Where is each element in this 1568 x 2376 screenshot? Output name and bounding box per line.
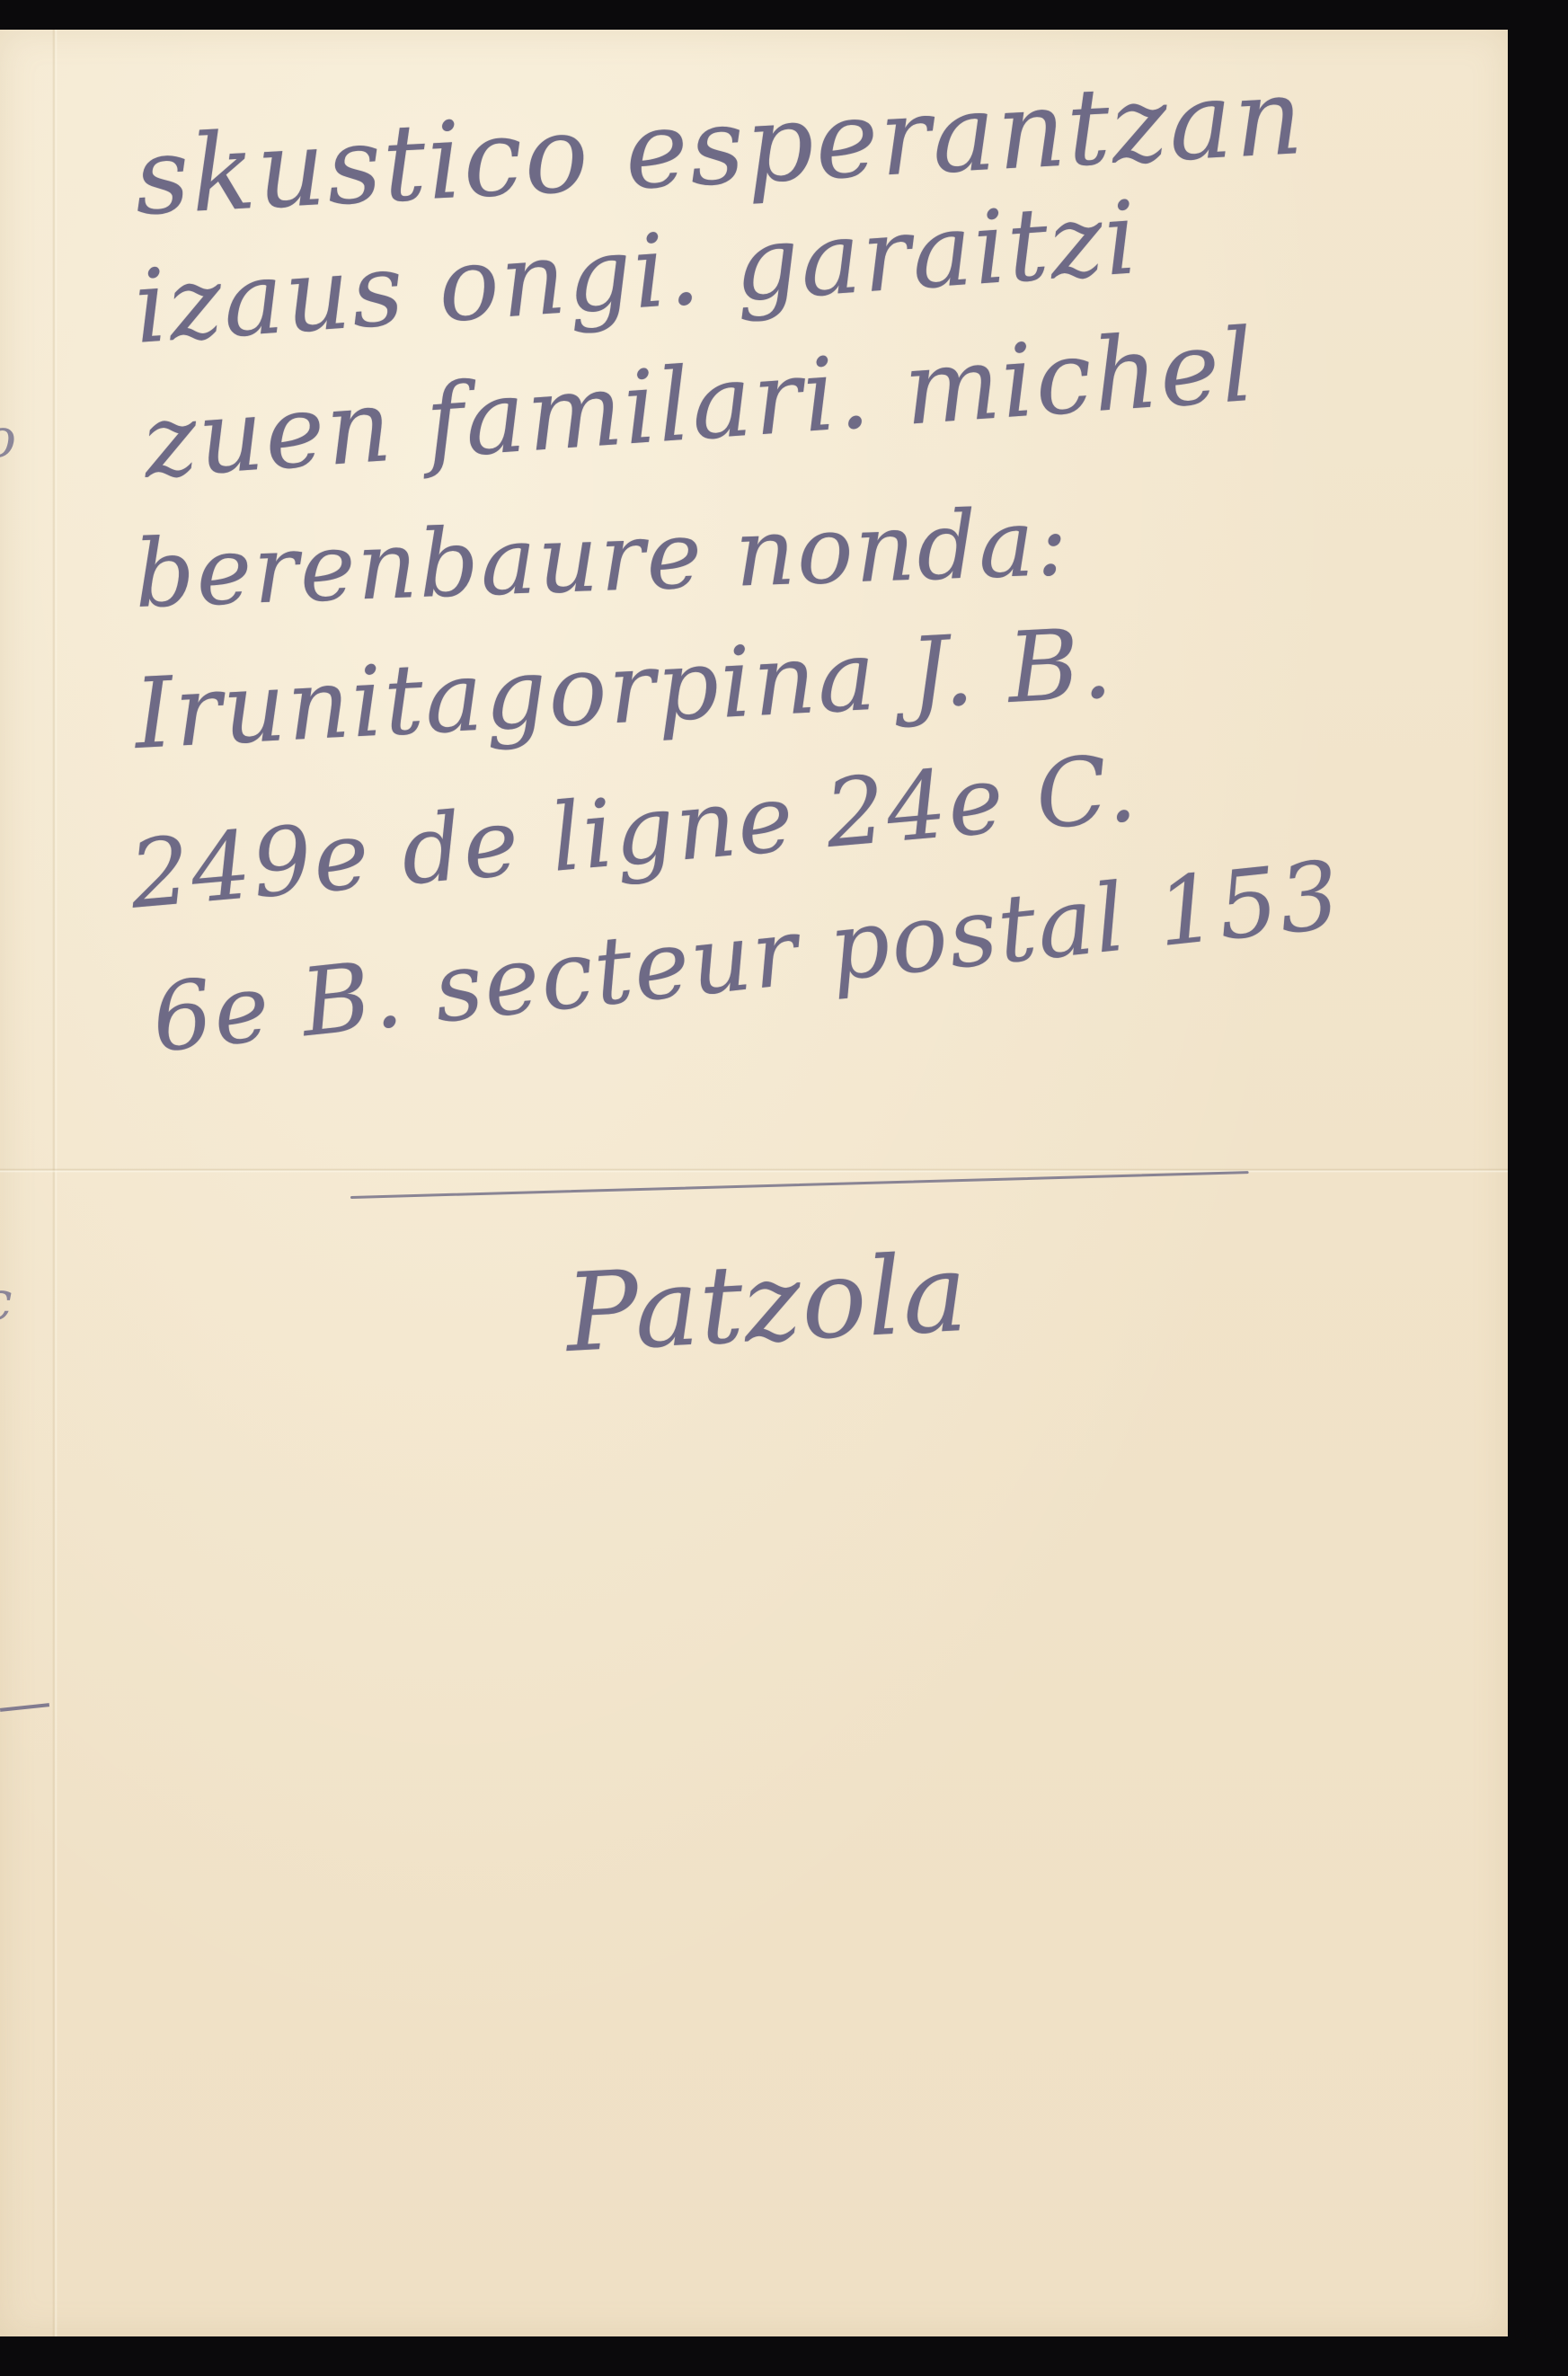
margin-fragment: c — [0, 1270, 13, 1333]
horizontal-fold-crease — [0, 1168, 1508, 1173]
signature-underline — [350, 1171, 1249, 1199]
margin-stroke — [0, 1703, 49, 1712]
letter-page: o c skustico esperantzan izaus ongi. gar… — [0, 30, 1508, 2336]
signature: Patzola — [563, 1231, 970, 1377]
vertical-fold-crease — [52, 30, 58, 2336]
margin-fragment: o — [0, 407, 16, 470]
handwritten-line-4: berenbaure nonda: — [133, 487, 1071, 629]
